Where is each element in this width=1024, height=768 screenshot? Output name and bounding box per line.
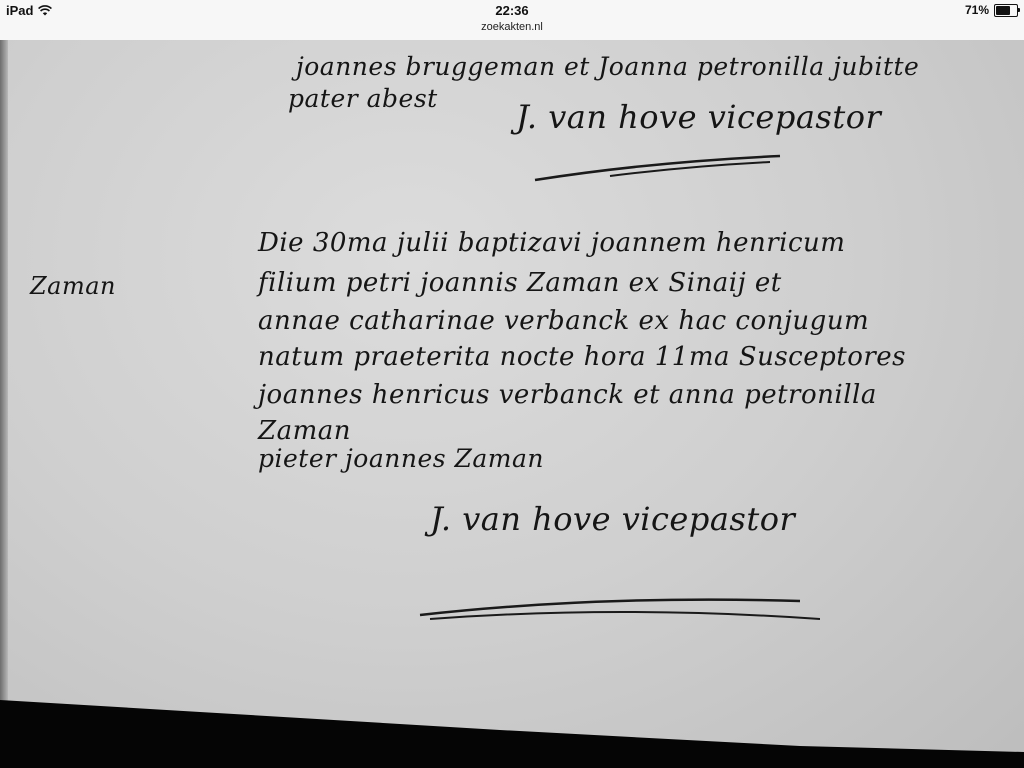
url-label[interactable]: zoekakten.nl bbox=[0, 21, 1024, 33]
clock: 22:36 bbox=[0, 3, 1024, 18]
page-bottom-shadow bbox=[0, 40, 1024, 768]
document-viewer[interactable]: joannes bruggeman et Joanna petronilla j… bbox=[0, 40, 1024, 768]
battery-icon bbox=[994, 4, 1018, 17]
status-right: 71% bbox=[965, 3, 1018, 17]
status-bar: iPad 22:36 zoekakten.nl 71% bbox=[0, 0, 1024, 40]
battery-percent: 71% bbox=[965, 3, 989, 17]
